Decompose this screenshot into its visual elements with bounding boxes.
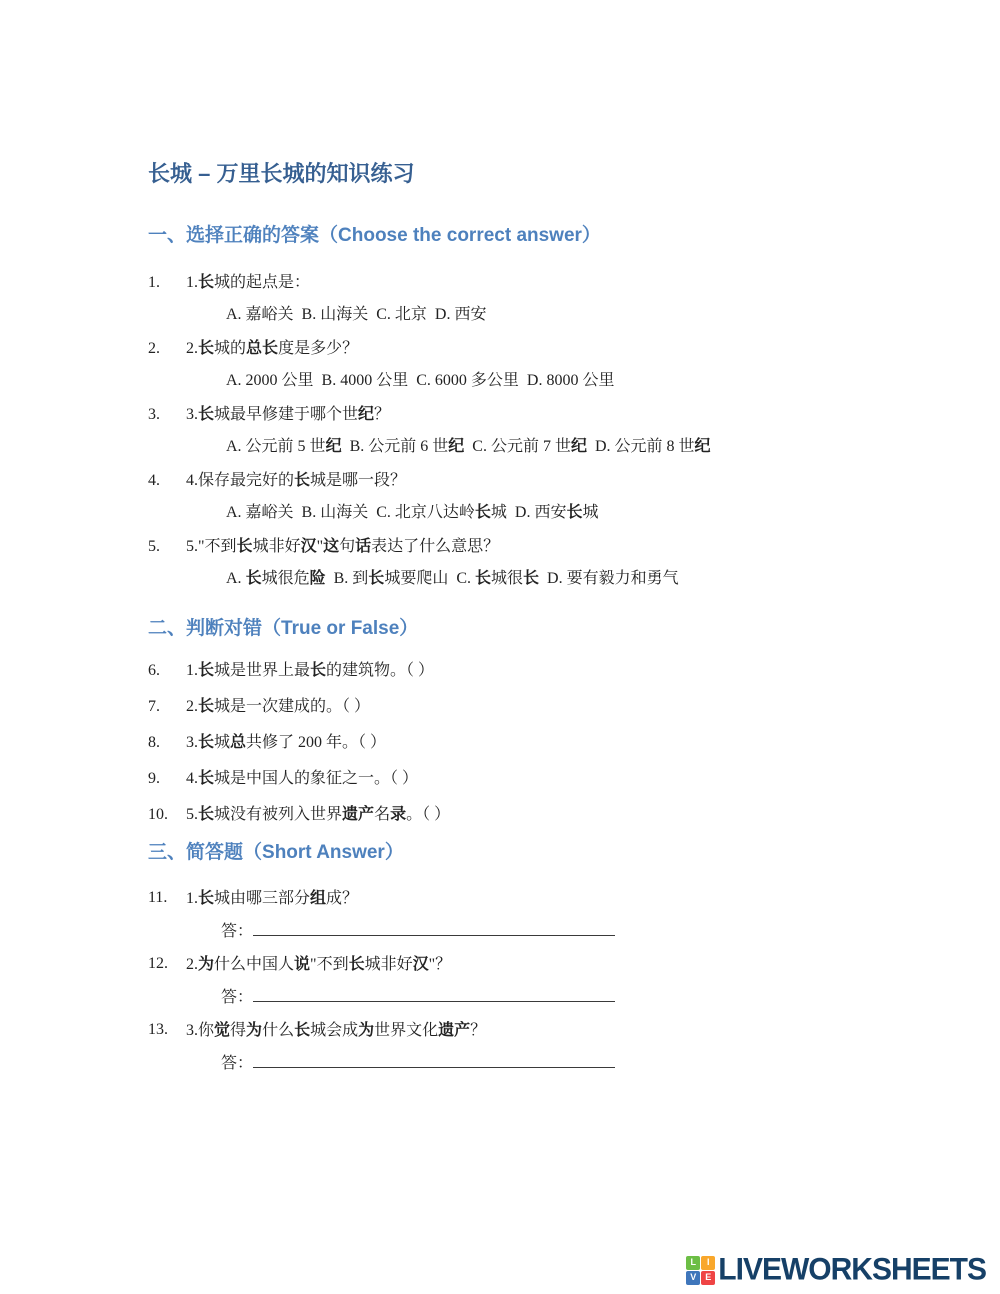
question-5: 5. 5."不到长城非好汉"这句话表达了什么意思？ A. 长城很危险 B. 到长… xyxy=(148,532,828,595)
question-9: 9. 4.长城是中国人的象征之一。（ ） xyxy=(148,769,828,789)
question-3-number: 3. xyxy=(148,400,186,430)
logo-square-i: I xyxy=(701,1256,715,1270)
question-7-text[interactable]: 2.长城是一次建成的。（ ） xyxy=(186,697,828,717)
worksheet-document: { "title": "长城 – 万里长城的知识练习", "bold_chars… xyxy=(0,0,1000,1294)
question-6-number: 6. xyxy=(148,661,186,681)
question-5-text: 5."不到长城非好汉"这句话表达了什么意思？ xyxy=(186,532,828,562)
answer-blank-input[interactable] xyxy=(253,985,615,1002)
question-13-answer-row: 答： xyxy=(186,1047,828,1081)
question-4: 4. 4.保存最完好的长城是哪一段？ A. 嘉峪关 B. 山海关 C. 北京八达… xyxy=(148,466,828,529)
question-11: 11. 1.长城由哪三部分组成？ 答： xyxy=(148,883,828,949)
question-3-text: 3.长城最早修建于哪个世纪？ xyxy=(186,400,828,430)
section-1-heading: 一、选择正确的答案（Choose the correct answer） xyxy=(148,224,828,248)
question-13: 13. 3.你觉得为什么长城会成为世界文化遗产？ 答： xyxy=(148,1015,828,1081)
question-1-options[interactable]: A. 嘉峪关 B. 山海关 C. 北京 D. 西安 xyxy=(186,298,828,331)
section-3-heading-zh: 三、简答题 xyxy=(148,842,243,863)
question-6: 6. 1.长城是世界上最长的建筑物。（ ） xyxy=(148,661,828,681)
section-2-heading-en: （True or False） xyxy=(262,618,418,639)
question-2: 2. 2.长城的总长度是多少？ A. 2000 公里 B. 4000 公里 C.… xyxy=(148,334,828,397)
question-11-text: 1.长城由哪三部分组成？ xyxy=(186,883,828,915)
question-3: 3. 3.长城最早修建于哪个世纪？ A. 公元前 5 世纪 B. 公元前 6 世… xyxy=(148,400,828,463)
section-1-heading-en: （Choose the correct answer） xyxy=(319,225,601,246)
question-9-text[interactable]: 4.长城是中国人的象征之一。（ ） xyxy=(186,769,828,789)
question-10-text[interactable]: 5.长城没有被列入世界遗产名录。（ ） xyxy=(186,805,828,825)
question-12: 12. 2.为什么中国人说"不到长城非好汉"？ 答： xyxy=(148,949,828,1015)
question-5-number: 5. xyxy=(148,532,186,562)
question-7: 7. 2.长城是一次建成的。（ ） xyxy=(148,697,828,717)
question-1-text: 1.长城的起点是： xyxy=(186,268,828,298)
question-13-number: 13. xyxy=(148,1015,186,1045)
question-10: 10. 5.长城没有被列入世界遗产名录。（ ） xyxy=(148,805,828,825)
section-multiple-choice: 一、选择正确的答案（Choose the correct answer） 1. … xyxy=(148,224,828,595)
question-4-options[interactable]: A. 嘉峪关 B. 山海关 C. 北京八达岭长城 D. 西安长城 xyxy=(186,496,828,529)
question-11-answer-row: 答： xyxy=(186,915,828,949)
question-5-options[interactable]: A. 长城很危险 B. 到长城要爬山 C. 长城很长 D. 要有毅力和勇气 xyxy=(186,562,828,595)
logo-square-e: E xyxy=(701,1271,715,1285)
question-12-number: 12. xyxy=(148,949,186,979)
question-12-answer-row: 答： xyxy=(186,981,828,1015)
question-3-options[interactable]: A. 公元前 5 世纪 B. 公元前 6 世纪 C. 公元前 7 世纪 D. 公… xyxy=(186,430,828,463)
section-2-heading-zh: 二、判断对错 xyxy=(148,618,262,639)
section-true-false: 二、判断对错（True or False） 6. 1.长城是世界上最长的建筑物。… xyxy=(148,617,828,825)
question-12-text: 2.为什么中国人说"不到长城非好汉"？ xyxy=(186,949,828,981)
question-11-number: 11. xyxy=(148,883,186,913)
section-3-heading-en: （Short Answer） xyxy=(243,842,404,863)
question-10-number: 10. xyxy=(148,805,186,825)
logo-square-v: V xyxy=(686,1271,700,1285)
question-9-number: 9. xyxy=(148,769,186,789)
section-3-heading: 三、简答题（Short Answer） xyxy=(148,841,828,865)
question-1-number: 1. xyxy=(148,268,186,298)
question-8: 8. 3.长城总共修了 200 年。（ ） xyxy=(148,733,828,753)
answer-label: 答： xyxy=(221,923,253,940)
section-1-heading-zh: 一、选择正确的答案 xyxy=(148,225,319,246)
logo-square-l: L xyxy=(686,1256,700,1270)
liveworksheets-logo-icon: L I V E xyxy=(686,1256,715,1285)
page-title: 长城 – 万里长城的知识练习 xyxy=(148,160,828,187)
question-4-text: 4.保存最完好的长城是哪一段？ xyxy=(186,466,828,496)
question-8-number: 8. xyxy=(148,733,186,753)
question-2-number: 2. xyxy=(148,334,186,364)
question-4-number: 4. xyxy=(148,466,186,496)
answer-label: 答： xyxy=(221,989,253,1006)
question-13-text: 3.你觉得为什么长城会成为世界文化遗产？ xyxy=(186,1015,828,1047)
question-7-number: 7. xyxy=(148,697,186,717)
section-short-answer: 三、简答题（Short Answer） 11. 1.长城由哪三部分组成？ 答： … xyxy=(148,841,828,1081)
answer-blank-input[interactable] xyxy=(253,919,615,936)
worksheet-page: 长城 – 万里长城的知识练习 一、选择正确的答案（Choose the corr… xyxy=(148,160,828,1081)
answer-blank-input[interactable] xyxy=(253,1051,615,1068)
question-2-options[interactable]: A. 2000 公里 B. 4000 公里 C. 6000 多公里 D. 800… xyxy=(186,364,828,397)
question-2-text: 2.长城的总长度是多少？ xyxy=(186,334,828,364)
question-8-text[interactable]: 3.长城总共修了 200 年。（ ） xyxy=(186,733,828,753)
liveworksheets-logo-text: LIVEWORKSHEETS xyxy=(718,1252,986,1288)
question-6-text[interactable]: 1.长城是世界上最长的建筑物。（ ） xyxy=(186,661,828,681)
question-1: 1. 1.长城的起点是： A. 嘉峪关 B. 山海关 C. 北京 D. 西安 xyxy=(148,268,828,331)
liveworksheets-logo[interactable]: L I V E LIVEWORKSHEETS xyxy=(686,1253,986,1287)
section-2-heading: 二、判断对错（True or False） xyxy=(148,617,828,641)
answer-label: 答： xyxy=(221,1055,253,1072)
